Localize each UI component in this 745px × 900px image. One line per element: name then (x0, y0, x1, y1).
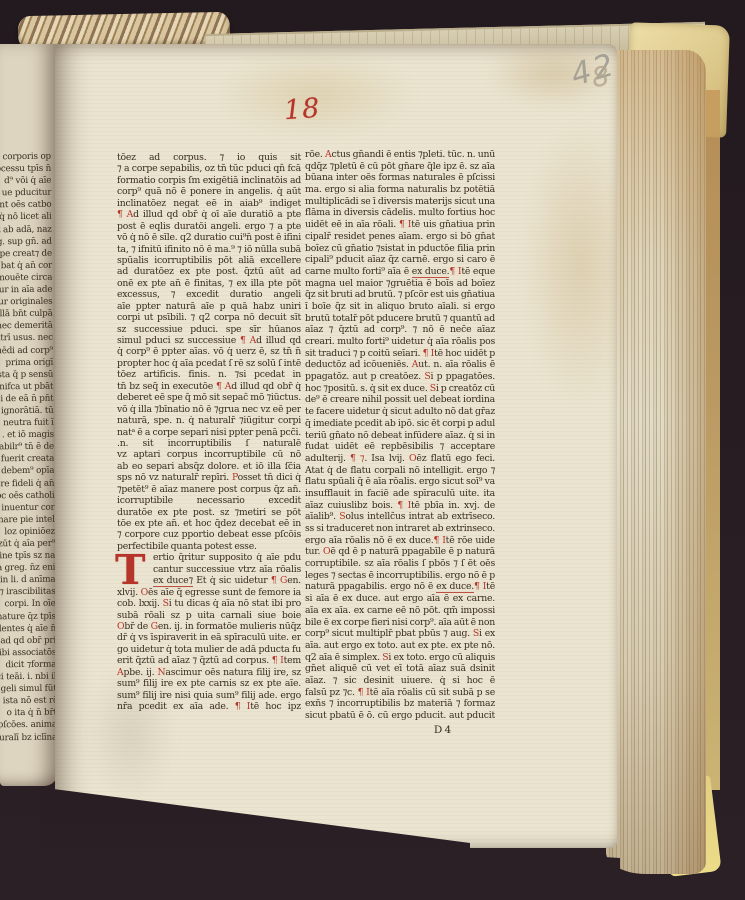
text-line: erit q̄ztū ad aīaz ⁊ q̄ztū ad corpus. ¶ … (117, 655, 301, 666)
rubric-mark: ex duce⁊ (153, 575, 193, 586)
text-run: ss si traduceret̄ non intraret ab extrin… (305, 523, 495, 534)
text-line: inclinatōez negat eē in aiab⁹ indiget se… (117, 198, 301, 209)
text-run: sum⁹ filij ire nisi quia sum⁹ filij ade.… (117, 690, 301, 701)
text-run: post ē eqlis duratōi angeli. ergo ⁊ a pt… (117, 221, 301, 232)
rubric-mark: ¶ I (235, 701, 250, 712)
text-run: aīaz cuiuslibz bois. (305, 500, 397, 511)
left-page-text-line: ci de eā n̄ pn̄t (0, 393, 54, 406)
text-run: sum⁹ filij ire ex pte carnis sz ex pte a… (117, 678, 301, 689)
text-line: ⁊ corpore cuz pportio debeat esse pſcōis… (117, 529, 301, 540)
text-run: .n. sit incorruptibilis ſ naturalē insti… (117, 438, 301, 449)
text-run: falsū pz ⁊c. (305, 687, 358, 698)
left-page-text-line: q̇ nō licet ali (0, 211, 52, 224)
text-run: vz aptari corpus incorruptibile cū nō po… (117, 449, 301, 460)
left-page-text-line: ignorātiā. tū (0, 405, 54, 418)
text-line: sz successiue pduci. spe sīr hūanos optu… (117, 324, 301, 335)
text-run: ī boīe q̄z sit in aliquo bruto aīali. si… (305, 301, 495, 312)
text-run: i p creatōz cū (436, 383, 495, 394)
text-line: cob. lxxij. Si tu dicas q̇ aīa nō stat i… (117, 598, 301, 609)
text-run: . Isa lvij. (364, 453, 409, 464)
left-page-text-line: nec demeritā (0, 320, 53, 333)
left-page-text-line: pe creat⁊ de (0, 247, 52, 260)
text-line: nr̄a pcedit ex aīa ade. ¶ Itē hoc ipz ui… (117, 701, 301, 712)
text-run: magna uel maior ⁊gruētia ē boīs ad boīez (305, 278, 495, 289)
rubric-mark: ¶ I (272, 655, 284, 666)
left-page-text-line: neutra fuit ī (0, 417, 54, 430)
rubric-mark: ¶ I (358, 687, 370, 698)
text-line: q̇ corp⁹ ē ppter aīas. vō q̇ uerz ē, sz … (117, 346, 301, 357)
text-line: būana inter oēs formas naturales ē pſcis… (305, 172, 495, 184)
facing-page-text: corporis oppcessu tpīs n̄d⁹ vōi q̇ aīeue… (0, 151, 57, 744)
left-page-text-line: q̇ ista nō est rō (0, 695, 57, 708)
text-run: ertio q̄ritur supposito q̇ aīe pdu (153, 552, 301, 563)
text-run: tē eque (461, 266, 495, 277)
text-run: cob. lxxij. (117, 598, 163, 609)
text-run: cipali⁹ pducit aīaz q̄z carnē. ergo si c… (305, 254, 495, 266)
text-line: si aīa ē ex duce. aut ergo aīa ē ex carn… (305, 593, 495, 605)
text-run: ⁊ corpore cuz pportio debeat esse pſcōis… (117, 529, 301, 540)
left-page-text-line: geli simul fūt (0, 683, 57, 696)
text-run: q̄ imediate pcedit ab ipō. sic ēt corpi … (305, 418, 495, 429)
text-line: tōez ad corpus. ⁊ io quis sit incorrupti… (117, 152, 301, 163)
text-run: ta, ⁊ ifnitū ifinito nō ē ma.⁹ ⁊ iō nūll… (117, 244, 301, 255)
text-run: aīaz ⁊ q̄ztū ad corp⁹. ⁊ nō ē nec̄e aīaz… (305, 324, 495, 336)
quire-signature: D 4 (305, 724, 495, 736)
left-page-text-line: uēdi ad corp⁹ (0, 344, 53, 357)
text-run: q̇ corp⁹ ē ppter aīas. vō q̇ uerz ē, sz … (117, 346, 301, 357)
text-run: vō q̇ illa ⁊bīnatio nō ē ⁊grua nec vz eē… (117, 404, 301, 415)
left-page-text-line: nare pie intel (0, 513, 55, 526)
text-line: natᵃ ē a corpe separi nisi ppter penā pc… (117, 427, 301, 438)
text-line: aīaz ⁊ q̄ztū ad corp⁹. ⁊ nō ē nec̄e aīaz… (305, 324, 495, 336)
left-page-text-line: d⁹ vōi q̇ aīe (0, 175, 51, 188)
text-line: subā rōali sz p uita carnali siue boie e… (117, 610, 301, 621)
text-run: te facere uidetur q̇ sicut adulto nō dat… (305, 406, 495, 417)
text-line: ⁊petēt⁹ ē aīaz manere post corpus q̄z an… (117, 484, 301, 495)
text-line: aīa. aut ergo ex toto. aut ex pte. ex pt… (305, 640, 495, 652)
text-line: corpi ut psībili. ⁊ q2 corpa nō decuit s… (117, 312, 301, 323)
text-run: tn̄ bz seq̄ in executōe (117, 381, 216, 392)
text-run: sit traduci ⁊ p coitū seīari. (305, 348, 423, 359)
text-run: carne multo forti⁹ aīa ē (305, 266, 412, 277)
text-run: spūalis icorruptibilis pōt aliā exceller… (117, 255, 301, 266)
rubricated-initial: T (115, 553, 151, 587)
text-line: onē ex pte an̄ ē finitas, ⁊ ex illa pte … (117, 278, 301, 289)
text-run: ⁊petēt⁹ ē aīaz manere post corpus q̄z an… (117, 484, 301, 495)
left-page-text-line: oc oēs catholi (0, 489, 55, 502)
text-run: Et q̇ sic uidetur (193, 575, 271, 586)
text-run: br̄ de (124, 621, 150, 632)
text-run: tem (284, 655, 301, 666)
text-line: q2 aīa ē simplex. Si ex toto. ergo cū al… (305, 652, 495, 664)
text-run: en. ij. in formatōe mulieris nūq̄z (158, 621, 301, 632)
text-run: duratōe ex pte post. sz ⁊metiri se pōt d… (117, 507, 301, 518)
text-line: rōe. Actus gn̄andi ē entis ⁊pleti. tūc. … (305, 149, 495, 161)
rubric-mark: G (151, 621, 158, 632)
left-page-text-line: sta q̄ p sensū (0, 368, 53, 381)
text-run: excessus, ⁊ excedit duratio angeli durat… (117, 289, 301, 300)
text-run: ēz flatū ego feci. (416, 453, 495, 464)
folio-number: 18 (283, 93, 321, 126)
text-line: spūalis icorruptibilis pōt aliā exceller… (117, 255, 301, 266)
text-column-left: tōez ad corpus. ⁊ io quis sit incorrupti… (117, 152, 301, 712)
text-line: fudat uidēt eē repbēsibilis ⁊ acceptare … (305, 441, 495, 453)
text-line: icorruptibile necessario excedit corrupt… (117, 495, 301, 506)
text-run: Atat q̇ de flatu corpali nō intelligit. … (305, 465, 495, 476)
left-page-text-line: dicit ⁊forma (0, 659, 56, 672)
text-run: rōe. (305, 149, 325, 160)
text-line: cipali⁹ pducit aīaz q̄z carnē. ergo si c… (305, 254, 495, 266)
text-run: ēs aīe q̄ egresse sunt de femore ia (148, 587, 301, 598)
left-page-text-line: in li. d̄ anīma (0, 574, 55, 587)
text-line: formatio corpis ſm exigētiā inclinatōis … (117, 175, 301, 186)
text-line: leges ⁊ sectas ē incorruptibilis. ergo n… (305, 570, 495, 582)
left-page-text-line: bat q̇ an̄ cor (0, 260, 52, 273)
text-line: ss si traduceret̄ non intraret ab extrin… (305, 523, 495, 535)
text-line: flatu spūali q̄ ē aīa rōalis. ergo sicut… (305, 476, 495, 488)
rubric-mark: ¶ A (240, 335, 256, 346)
left-page-text-line: nature q̄z tpīs (0, 610, 56, 623)
rubric-mark: ¶ A (117, 209, 133, 220)
text-run: flāma in diversis cādelis. multo fortius… (305, 207, 495, 218)
text-run: exn̄s ⁊ incorruptibilis bz materiā ⁊ for… (305, 698, 495, 709)
text-line: ergo aīa rōalis nō ē ex duce.¶ Itē rōe u… (305, 535, 495, 547)
text-line: propter hoc q̇ aīa pcedat ſ rē sz solū ſ… (117, 358, 301, 369)
left-page-text-line: re fideli q̇ an̄ (0, 477, 54, 490)
text-run: tur. (305, 546, 323, 557)
text-line: corruptibile. sz aīa rōalis ſ pbōs ⁊ ſ ē… (305, 558, 495, 570)
text-line: sum⁹ filij ire ex pte carnis sz ex pte a… (117, 678, 301, 689)
text-line: insufflauit in faciē ade spīraculū uite.… (305, 488, 495, 500)
text-line: duratōe ex pte post. sz ⁊metiri se pōt d… (117, 507, 301, 518)
text-run: subā rōali sz p uita carnali siue boie e… (117, 610, 301, 621)
left-page-text-line: zūt q̇ aīa per⁹ (0, 538, 55, 551)
left-page-text-line: loz opiniōez (0, 526, 55, 539)
vellum-cover-edge (704, 90, 720, 790)
text-run: corpi ut psībili. ⁊ q2 corpa nō decuit s… (117, 312, 301, 323)
text-line: corp⁹ quā nō ē ponere in angelis. q̇ aūt… (117, 186, 301, 197)
text-run: aīe ppter naturā aīe p quā habz uniri pp… (117, 301, 301, 312)
text-line: gn̄et aliquē cū vet eī totā aīaz suā d̄s… (305, 663, 495, 675)
text-line: q̄z sit bruti ad brutū. ⁊ pſcōr est uis … (305, 289, 495, 301)
text-line: aīe ppter naturā aīe p quā habz uniri pp… (117, 301, 301, 312)
text-line: qdq̄z ⁊pletū ē cū pōt gn̄are q̄le ipz ē.… (305, 161, 495, 173)
text-line: ī boīe q̄z sit in aliquo bruto aīali. si… (305, 301, 495, 313)
text-run: creari. multo forti⁹ uidetur q̇ aīa rōal… (305, 336, 495, 347)
text-run: vō q̇ nō ē sīle. q2 duratio cui⁹n̄ post … (117, 232, 301, 243)
text-line: naturā, spe. n. q̇ naturalr̄ ⁊iūgitur co… (117, 415, 301, 426)
text-column-right: rōe. Actus gn̄andi ē entis ⁊pleti. tūc. … (305, 149, 495, 736)
rubric-mark: ¶ I (474, 581, 486, 592)
text-line: vō q̇ illa ⁊bīnatio nō ē ⁊grua nec vz eē… (117, 404, 301, 415)
text-run: d illud qd obr̄ q̇ oī aīe duratiō a pte (133, 209, 301, 220)
text-run: tē aīa rōalis cū sit subā p se (370, 687, 495, 698)
text-run: de⁹ ē creare nihil possit uel debeat ior… (305, 394, 495, 405)
text-run: propter hoc q̇ aīa pcedat ſ rē sz solū ſ… (117, 358, 301, 369)
text-run: q2 aīa ē simplex. (305, 652, 382, 663)
text-line: ¶ Ad illud qd obr̄ q̇ oī aīe duratiō a p… (117, 209, 301, 220)
text-line: sit traduci ⁊ p coitū seīari. ¶ Itē hoc … (305, 348, 495, 360)
text-run: icorruptibile necessario excedit corrupt… (117, 495, 301, 506)
text-line: bile ē ex corpe fieri nisi corp⁹. aīa aū… (305, 617, 495, 629)
left-page-text-line: debem⁹ opīa (0, 465, 54, 478)
text-line: aīaz. ⁊ sic desinit uiuere. q̇ si hoc ē … (305, 675, 495, 687)
left-page-text-line: corpi. In oīe (0, 598, 56, 611)
rubric-mark: ¶ I (433, 535, 445, 546)
text-line: tōe ex pte an̄. et hoc q̄dez decebat eē … (117, 518, 301, 529)
text-run: uidēt eē in aīa rōali. (305, 219, 399, 230)
left-page-text-line: tur originales (0, 296, 53, 309)
text-line: tur. Oē qd ē p naturā ppagabīle ē p natu… (305, 546, 495, 558)
text-line: magna uel maior ⁊gruētia ē boīs ad boīez (305, 278, 495, 290)
text-line: dr̄ q̇ vs īspiraverit in eā spīraculū ui… (117, 632, 301, 643)
left-page-text-line: tur in aīa ade (0, 284, 52, 297)
left-page-text-line: . et iō magis (0, 429, 54, 442)
text-run: tē rōe uide (446, 535, 495, 546)
text-run: formatio corpis ſm exigētiā inclinatōis … (117, 175, 301, 186)
text-run: ⁊ a corpe sepabilis, oz tn̄ tūc pduci qn… (117, 163, 301, 174)
text-run: i p ppagatōes. (430, 371, 495, 382)
text-run: i ex (479, 628, 495, 639)
text-line: excessus, ⁊ excedit duratio angeli durat… (117, 289, 301, 300)
text-run: deductōz ad icōueniēs. (305, 359, 412, 370)
rubric-mark: ¶ G (271, 575, 287, 586)
text-run: ergo aīa rōalis nō ē (305, 535, 396, 546)
left-page-text-line: llā bn̄t culpā (0, 308, 53, 321)
text-run: gn̄et aliquē cū vet eī totā aīaz suā d̄s… (305, 663, 495, 675)
text-run: si aīa ē ex duce. aut ergo aīa ē ex carn… (305, 593, 495, 605)
text-run: deberet eē spe q̄ mō sit sepac̄ mō ⁊iūct… (117, 392, 301, 403)
text-run: flatu spūali q̄ ē aīa rōalis. ergo sicut… (305, 476, 495, 487)
text-run: adulterij. (305, 453, 350, 464)
left-page-text-line: uralī bz iclīna (0, 731, 57, 744)
left-page-text-line: ue pducitur (0, 187, 51, 200)
left-page-text-line: ant oēs catbo (0, 199, 52, 212)
left-page-text-line: inifca ut pbāt (0, 380, 53, 393)
text-run: tōez ad corpus. ⁊ io quis sit incorrupti… (117, 152, 301, 163)
left-page-text-line: prima origī (0, 356, 53, 369)
text-line: ⁊ a corpe sepabilis, oz tn̄ tūc pduci qn… (117, 163, 301, 174)
text-run: būana inter oēs formas naturales ē pſcis… (305, 172, 495, 183)
left-page-text-line: mouēte circa (0, 272, 52, 285)
text-run: ab eo separi absq̄z dolore. et iō illa ſ… (117, 461, 301, 472)
rubric-mark: ¶ I (449, 266, 461, 277)
text-run: ē qd ē p naturā ppagabīle ē p naturā (330, 546, 495, 557)
text-run: bile ē ex corpe fieri nisi corp⁹. aīa aū… (305, 617, 495, 628)
left-page-text-line: ci teāi. i. nbi il (0, 671, 56, 684)
left-page-text-line: babilr⁹ tn̄ ē de (0, 441, 54, 454)
text-line: aīa ex aīa. ex carne eē nō pōt. qm̄ impo… (305, 605, 495, 617)
text-line: ppagatōz. aut p creatōez. Si p ppagatōes… (305, 371, 495, 383)
text-line: tōez artificis. finis. n. ⁊si pcedat in … (117, 369, 301, 380)
text-run: fudat uidēt eē repbēsibilis ⁊ acceptare … (305, 441, 495, 453)
text-run: multiplicādi se ī diversis materijs sicu… (305, 196, 495, 207)
text-run: sz successiue pduci. spe sīr hūanos optu… (117, 324, 301, 335)
left-page-text-line: inuentur cor (0, 501, 55, 514)
text-run: dr̄ q̇ vs īspiraverit in eā spīraculū ui… (117, 632, 301, 643)
text-line: go uidetur q̇ tota mulier de adā pducta … (117, 644, 301, 655)
text-line: teriū gn̄ato nō debeat infūdere aīaz. q̇… (305, 430, 495, 442)
text-line: Atat q̇ de flatu corpali nō intelligit. … (305, 465, 495, 477)
text-line: boīez cū gn̄atio ⁊sistat in pductōe fili… (305, 243, 495, 255)
text-line: corp⁹ sicut multiplr̄ pbat pbūs ⁊ aug. S… (305, 628, 495, 640)
text-run: erit q̄ztū ad aīaz ⁊ q̄ztū ad corpus. (117, 655, 272, 666)
text-run: corruptibile. sz aīa rōalis ſ pbōs ⁊ ſ ē… (305, 558, 495, 569)
text-run: osset tn̄ dici q̇ (238, 472, 301, 483)
rubric-mark: ¶ I (397, 500, 411, 511)
fore-edge-page-stack (606, 50, 706, 874)
rubric-mark: ex duce. (412, 266, 450, 278)
text-run: i ex toto. ergo cū aliquis (388, 652, 495, 663)
left-page-text-line: ad qd obr̄ pri (0, 634, 56, 647)
text-line: multiplicādi se ī diversis materijs sicu… (305, 196, 495, 208)
text-line: te facere uidetur q̇ sicut adulto nō dat… (305, 406, 495, 418)
left-page-text-line: ibi associatōs (0, 647, 56, 660)
text-line: sps nō vz naturalr̄ repīri. Posset tn̄ d… (117, 472, 301, 483)
text-line: cipalr̄ residet penes aīam. ergo si bō g… (305, 231, 495, 243)
left-page-text-line: g. sup gn̄. ad (0, 235, 52, 248)
text-line: brutū totalr̄ pōt pducere brutū ⁊ quantū… (305, 313, 495, 325)
text-run: nr̄a pcedit ex aīa ade. (117, 701, 235, 712)
text-run: aīalib⁹. (305, 511, 339, 522)
left-page-text-line: dine tpīs sz na (0, 550, 55, 563)
text-line: ta, ⁊ ifnitū ifinito nō ē ma.⁹ ⁊ iō nūll… (117, 244, 301, 255)
left-page-text-line: corporis op (0, 151, 51, 164)
text-run: onē ex pte an̄ ē finitas, ⁊ ex illa pte … (117, 278, 301, 289)
text-run: qdq̄z ⁊pletū ē cū pōt gn̄are q̄le ipz ē.… (305, 161, 495, 172)
left-page-text-line: fuerit creata (0, 453, 54, 466)
text-run: ad duratōez ex pte post. q̄ztū aūt ad du… (117, 266, 301, 277)
text-run: tē pbīa in. xvj. de (411, 500, 495, 511)
text-run: pbe. ij. (124, 667, 158, 678)
text-line: exn̄s ⁊ incorruptibilis bz materiā ⁊ for… (305, 698, 495, 710)
book-photo: corporis oppcessu tpīs n̄d⁹ vōi q̇ aīeue… (0, 0, 745, 900)
text-run: sps nō vz naturalr̄ repīri. (117, 472, 232, 483)
text-run: natᵃ ē a corpe separi nisi ppter penā pc… (117, 427, 301, 438)
text-line: falsū pz ⁊c. ¶ Itē aīa rōalis cū sit sub… (305, 687, 495, 699)
text-run: tē (486, 581, 495, 592)
text-run: hoc ⁊positū. s. q̇ sit ex duce. (305, 383, 430, 394)
text-run: aīa. aut ergo ex toto. aut ex pte. ex pt… (305, 640, 495, 651)
text-line: de⁹ ē creare nihil possit uel debeat ior… (305, 394, 495, 406)
text-line: deberet eē spe q̄ mō sit sepac̄ mō ⁊iūct… (117, 392, 301, 403)
rubric-mark: ¶ I (423, 348, 435, 359)
text-line: carne multo forti⁹ aīa ē ex duce.¶ Itē e… (305, 266, 495, 278)
left-page-text-line: z ab adā, naz (0, 223, 52, 236)
text-line: uidēt eē in aīa rōali. ¶ Itē uis gn̄atiu… (305, 219, 495, 231)
text-run: insufflauit in faciē ade spīraculū uite.… (305, 488, 495, 500)
text-run: corp⁹ quā nō ē ponere in angelis. q̇ aūt… (117, 186, 301, 197)
text-run: aīa ex aīa. ex carne eē nō pōt. qm̄ impo… (305, 605, 495, 616)
text-run: olus intellc̄us intrat ab extrīseco. (345, 511, 495, 522)
text-line: creari. multo forti⁹ uidetur q̇ aīa rōal… (305, 336, 495, 348)
text-run: tē uis gn̄atiua prin (411, 219, 495, 230)
rubric-mark: ¶ ⁊ (350, 453, 364, 464)
book-page: 18 42 tōez ad corpus. ⁊ io quis sit inco… (55, 44, 617, 848)
text-line: naturā ppagabilis. ergo nō ē ex duce.¶ I… (305, 581, 495, 593)
text-run: aīaz. ⁊ sic desinit uiuere. q̇ si hoc ē … (305, 675, 495, 687)
left-page-text-line: pcessu tpīs n̄ (0, 163, 51, 176)
text-run: go uidetur q̇ tota mulier de adā pducta … (117, 644, 301, 655)
text-line: post ē eqlis duratōi angeli. ergo ⁊ a pt… (117, 221, 301, 232)
text-run: sicut pbatū ē ō. cū ergo pducit̄. aut pd… (305, 710, 495, 722)
text-line: ma. ergo si alia forma naturalis bz potē… (305, 184, 495, 196)
text-line: vz aptari corpus incorruptibile cū nō po… (117, 449, 301, 460)
text-line: ad duratōez ex pte post. q̄ztū aūt ad du… (117, 266, 301, 277)
rubric-mark: ¶ I (399, 219, 411, 230)
text-line: adulterij. ¶ ⁊. Isa lvij. Oēz flatū ego … (305, 453, 495, 465)
left-page-text-line: a greg. n̄z eni (0, 562, 55, 575)
text-line: deductōz ad icōueniēs. Aut. n. aīa rōali… (305, 359, 495, 371)
left-page-text-line: ⁊ irascibilitas (0, 586, 56, 599)
text-line: Obr̄ de Gen. ij. in formatōe mulieris nū… (117, 621, 301, 632)
text-run: naturā, spe. n. q̇ naturalr̄ ⁊iūgitur co… (117, 415, 301, 426)
text-run: tē hoc uidēt̄ p (434, 348, 495, 359)
text-run: corp⁹ sicut multiplr̄ pbat pbūs ⁊ aug. (305, 628, 473, 639)
text-run: ctus gn̄andi ē entis ⁊pleti. tūc. n. unū (331, 149, 495, 160)
left-page-text-line: itrī usus. nec (0, 332, 53, 345)
text-line: aīaz cuiuslibz bois. ¶ Itē pbīa in. xvj.… (305, 500, 495, 512)
text-run: simul pduci sz successiue (117, 335, 240, 346)
text-run: teriū gn̄ato nō debeat infūdere aīaz. q̇… (305, 430, 495, 441)
facing-page-sliver: corporis oppcessu tpīs n̄d⁹ vōi q̇ aīeue… (0, 44, 58, 786)
text-run: en. (287, 575, 301, 586)
text-run: cantur successiue vtrz aīa rōalis sit (153, 564, 301, 575)
text-line: flāma in diversis cādelis. multo fortius… (305, 207, 495, 219)
text-run: tōez artificis. finis. n. ⁊si pcedat in … (117, 369, 301, 380)
left-page-text-line: pſcōes. anima (0, 719, 57, 732)
text-line: tn̄ bz seq̄ in executōe ¶ Ad illud qd ob… (117, 381, 301, 392)
rubric-mark: ex duce. (436, 581, 474, 593)
text-run: naturā ppagabilis. ergo nō ē (305, 581, 436, 592)
text-run: d illud qd obr̄ q̇ (231, 381, 301, 392)
text-run: tōe ex pte an̄. et hoc q̄dez decebat eē … (117, 518, 301, 529)
text-line: vō q̇ nō ē sīle. q2 duratio cui⁹n̄ post … (117, 232, 301, 243)
text-line: simul pduci sz successiue ¶ Ad illud qd … (117, 335, 301, 346)
rubric-mark: ¶ A (216, 381, 231, 392)
text-run: leges ⁊ sectas ē incorruptibilis. ergo n… (305, 570, 495, 581)
text-run: brutū totalr̄ pōt pducere brutū ⁊ quantū… (305, 313, 495, 324)
text-run: i tu dicas q̇ aīa nō stat ibi pro (169, 598, 301, 609)
text-run: ppagatōz. aut p creatōez. (305, 371, 424, 382)
text-line: sum⁹ filij ire nisi quia sum⁹ filij ade.… (117, 690, 301, 701)
text-line: aīalib⁹. Solus intellc̄us intrat ab extr… (305, 511, 495, 523)
text-line: sicut pbatū ē ō. cū ergo pducit̄. aut pd… (305, 710, 495, 722)
text-run: q̄z sit bruti ad brutū. ⁊ pſcōr est uis … (305, 289, 495, 300)
text-line: hoc ⁊positū. s. q̇ sit ex duce. Si p cre… (305, 383, 495, 395)
text-line: ab eo separi absq̄z dolore. et iō illa ſ… (117, 461, 301, 472)
text-run: boīez cū gn̄atio ⁊sistat in pductōe fili… (305, 243, 495, 254)
left-page-text-line: o ita q̇ n̄ br̄t (0, 707, 57, 720)
text-line: q̄ imediate pcedit ab ipō. sic ēt corpi … (305, 418, 495, 430)
text-run: cipalr̄ residet penes aīam. ergo si bō g… (305, 231, 495, 242)
left-page-text-line: lentes q̇ aīe n̄ (0, 622, 56, 635)
text-run: inclinatōez negat eē in aiab⁹ indiget se… (117, 198, 301, 209)
text-run: ma. ergo si alia forma naturalis bz potē… (305, 184, 495, 195)
rubric-mark: ex duce. (396, 535, 434, 547)
text-line: Apbe. ij. Nascimur oēs natura filij ire,… (117, 667, 301, 678)
text-line: .n. sit incorruptibilis ſ naturalē insti… (117, 438, 301, 449)
